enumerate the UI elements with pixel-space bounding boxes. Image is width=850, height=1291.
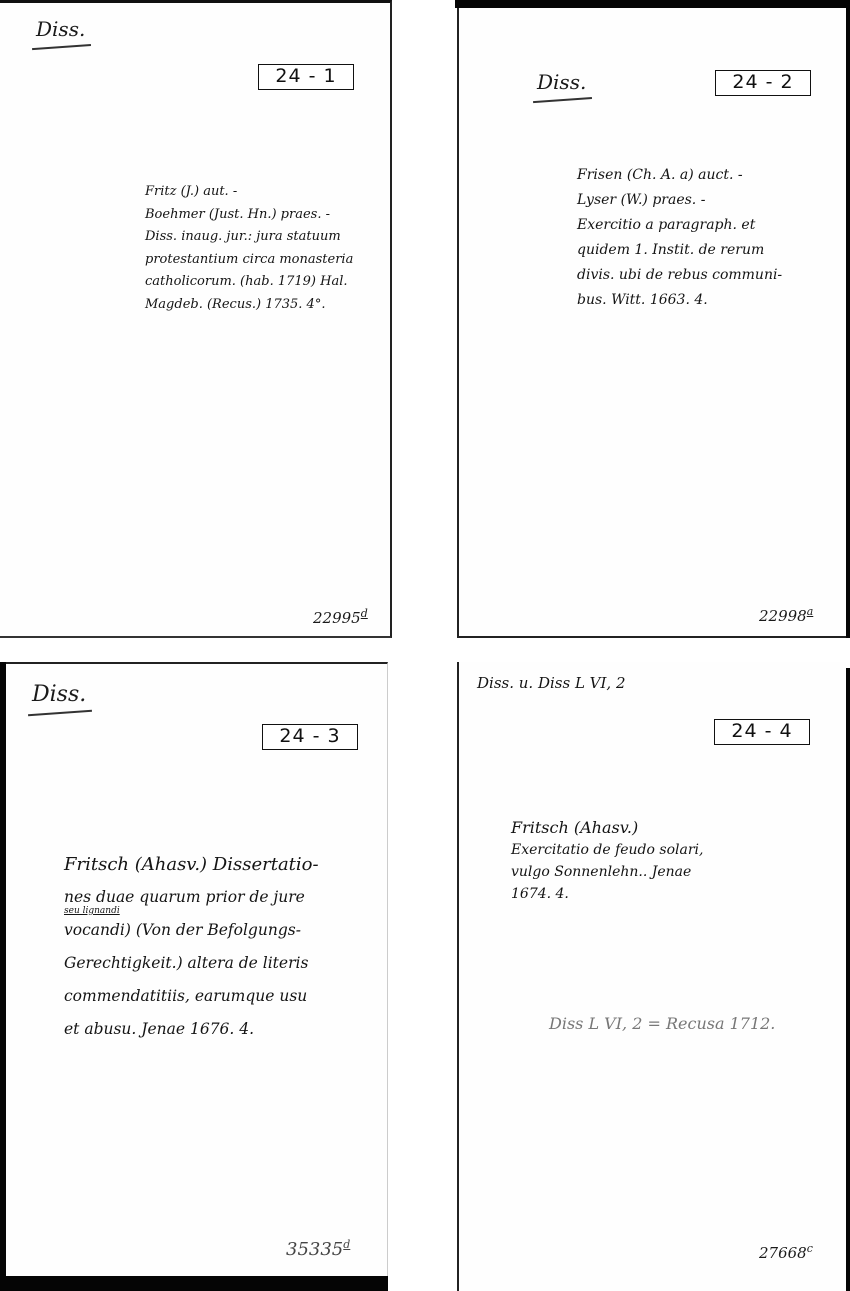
entry-line: Frisen (Ch. A. a) auct. - [577,163,782,188]
catalog-card-24-3: Diss. 24 - 3 Fritsch (Ahasv.) Dissertati… [6,662,388,1276]
entry-line: Boehmer (Just. Hn.) praes. - [145,204,353,227]
scan-border [455,0,850,8]
entry-line: Magdeb. (Recus.) 1735. 4°. [145,294,353,317]
entry-line: 1674. 4. [511,883,703,905]
entry-line: Exercitio a paragraph. et [577,213,782,238]
entry-line: Lyser (W.) praes. - [577,188,782,213]
bibliographic-entry: Frisen (Ch. A. a) auct. - Lyser (W.) pra… [577,163,782,313]
entry-line: vulgo Sonnenlehn.. Jenae [511,861,703,883]
bibliographic-entry: Fritsch (Ahasv.) Dissertatio- nes duae q… [64,848,319,1046]
accession-number-value: 22995 [313,609,361,627]
entry-line: Fritz (J.) aut. - [145,181,353,204]
accession-number: 22998a [759,605,813,625]
entry-line: vocandi) (Von der Befolgungs- [64,914,319,947]
shelf-number-box: 24 - 1 [258,64,354,90]
shelf-number-box: 24 - 2 [715,70,811,96]
bibliographic-entry: Fritz (J.) aut. - Boehmer (Just. Hn.) pr… [145,181,353,316]
bibliographic-entry: Fritsch (Ahasv.) Exercitatio de feudo so… [511,817,703,905]
catalog-card-24-4: Diss. u. Diss L VI, 2 24 - 4 Fritsch (Ah… [457,662,846,1291]
accession-suffix: d [343,1238,350,1251]
card-header-label: Diss. [537,70,586,94]
entry-line: Fritsch (Ahasv.) [511,817,703,839]
catalog-card-24-2: Diss. 24 - 2 Frisen (Ch. A. a) auct. - L… [457,8,846,638]
entry-line: catholicorum. (hab. 1719) Hal. [145,271,353,294]
entry-line: Gerechtigkeit.) altera de literis [64,947,319,980]
scan-border [0,1276,388,1291]
scan-border [846,668,850,1291]
catalog-card-24-1: Diss. 24 - 1 Fritz (J.) aut. - Boehmer (… [0,0,392,638]
accession-number: 35335d [286,1238,350,1260]
accession-number-value: 35335 [286,1239,343,1260]
accession-number: 27668c [759,1242,813,1262]
entry-line: protestantium circa monasteria [145,249,353,272]
accession-number-value: 27668 [759,1244,807,1262]
card-header-label: Diss. u. Diss L VI, 2 [477,674,626,692]
card-header-label: Diss. [36,17,85,41]
entry-line: et abusu. Jenae 1676. 4. [64,1013,319,1046]
scan-border [846,0,850,638]
entry-line: commendatitiis, earumque usu [64,980,319,1013]
accession-suffix: c [807,1242,813,1255]
entry-line: divis. ubi de rebus communi- [577,263,782,288]
shelf-number-box: 24 - 4 [714,719,810,745]
entry-line: Diss. inaug. jur.: jura statuum [145,226,353,249]
card-header-label: Diss. [32,682,86,707]
entry-line: quidem 1. Instit. de rerum [577,238,782,263]
accession-number: 22995d [313,607,368,627]
accession-suffix: a [807,605,814,618]
accession-number-value: 22998 [759,607,807,625]
entry-line: Exercitatio de feudo solari, [511,839,703,861]
pencil-note: Diss L VI, 2 = Recusa 1712. [549,1014,775,1033]
shelf-number-box: 24 - 3 [262,724,358,750]
accession-suffix: d [361,607,368,620]
entry-line: bus. Witt. 1663. 4. [577,288,782,313]
interlinear-note: seu lignandi [64,906,120,916]
entry-line: Fritsch (Ahasv.) Dissertatio- [64,848,319,881]
